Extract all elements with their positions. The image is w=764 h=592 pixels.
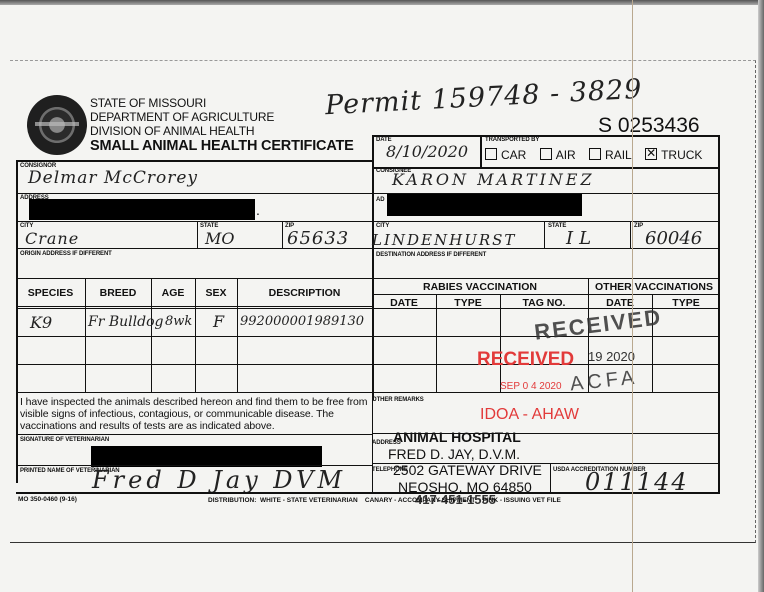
destination-address-label: DESTINATION ADDRESS IF DIFFERENT — [376, 252, 486, 258]
vet-stamp-line2: FRED D. JAY, D.V.M. — [388, 446, 520, 462]
transport-label: TRANSPORTED BY — [485, 137, 539, 143]
scan-edge-top — [0, 0, 764, 5]
rule — [544, 221, 545, 248]
address-tail: . — [256, 202, 260, 218]
checkbox-truck[interactable] — [645, 148, 657, 160]
received-stamp-red: RECEIVED — [477, 349, 574, 371]
rule — [372, 135, 720, 137]
sep-date-stamp: SEP 0 4 2020 — [500, 381, 562, 392]
vet-stamp-line1: ANIMAL HOSPITAL — [393, 429, 521, 445]
consignee-zip[interactable]: 60046 — [645, 228, 702, 249]
distribution-line: DISTRIBUTION: WHITE - STATE VETERINARIAN… — [208, 497, 561, 504]
rule — [550, 463, 551, 492]
row1-description[interactable]: 992000001989130 — [240, 314, 364, 329]
idoa-stamp: IDOA - AHAW — [480, 406, 579, 424]
consignee-state[interactable]: IL — [566, 228, 597, 249]
signature-label: SIGNATURE OF VETERINARIAN — [20, 437, 109, 443]
rule — [16, 306, 372, 307]
row1-breed[interactable]: Fr Bulldog — [88, 314, 163, 330]
received-stamp-date: 19 2020 — [588, 349, 635, 364]
scan-edge-right — [758, 0, 764, 592]
transport-rail[interactable]: RAIL — [589, 148, 632, 162]
consignee-city-label: CITY — [376, 223, 389, 229]
distribution-white: WHITE - STATE VETERINARIAN — [260, 497, 358, 504]
col-rabies-tag: TAG NO. — [500, 297, 588, 309]
rabies-vaccination-header: RABIES VACCINATION — [372, 281, 588, 293]
transport-air[interactable]: AIR — [540, 148, 576, 162]
rule — [16, 248, 372, 249]
consignee-name[interactable]: KARON MARTINEZ — [392, 170, 595, 189]
consignor-name[interactable]: Delmar McCrorey — [28, 168, 198, 188]
row1-species[interactable]: K9 — [30, 313, 52, 332]
accreditation-number[interactable]: 011144 — [585, 468, 689, 496]
printed-name[interactable]: Fred D Jay DVM — [92, 466, 346, 494]
col-other-type: TYPE — [652, 297, 720, 309]
col-sex: SEX — [195, 287, 237, 299]
vet-stamp-line3: 2502 GATEWAY DRIVE — [393, 462, 542, 478]
date-value[interactable]: 8/10/2020 — [386, 142, 468, 161]
rule — [16, 336, 720, 337]
checkbox-car[interactable] — [485, 148, 497, 160]
form-number: MO 350-0460 (9-16) — [18, 496, 77, 503]
rule — [282, 221, 283, 248]
col-breed: BREED — [85, 287, 151, 299]
rule — [630, 221, 631, 248]
transport-options: CAR AIR RAIL TRUCK — [485, 148, 702, 162]
col-rabies-type: TYPE — [436, 297, 500, 309]
col-age: AGE — [151, 287, 195, 299]
rule — [718, 135, 720, 395]
transport-car[interactable]: CAR — [485, 148, 526, 162]
col-rabies-date: DATE — [372, 297, 436, 309]
rule — [16, 160, 372, 162]
distribution-pink: PINK - ISSUING VET FILE — [483, 497, 561, 504]
consignee-city[interactable]: LINDENHURST — [372, 231, 516, 249]
rule — [16, 364, 720, 365]
rule — [16, 434, 372, 435]
col-description: DESCRIPTION — [237, 287, 372, 299]
consignee-state-label: STATE — [548, 223, 566, 229]
other-vaccinations-header: OTHER VACCINATIONS — [588, 281, 720, 293]
rule — [718, 395, 720, 493]
form-title: SMALL ANIMAL HEALTH CERTIFICATE — [90, 139, 354, 153]
rule — [372, 294, 720, 295]
rule — [480, 135, 482, 167]
transport-truck[interactable]: TRUCK — [645, 148, 702, 162]
distribution-label: DISTRIBUTION: — [208, 497, 256, 504]
consignor-state[interactable]: MO — [205, 229, 235, 248]
redacted-consignor-address — [29, 199, 255, 220]
other-remarks-label: OTHER REMARKS — [372, 397, 424, 403]
col-species: SPECIES — [16, 287, 85, 299]
rule — [16, 193, 372, 194]
consignor-zip[interactable]: 65633 — [287, 228, 349, 249]
distribution-canary: CANARY - ACCOMPANY SHIPMENT — [365, 497, 475, 504]
rule — [372, 167, 720, 169]
checkbox-rail[interactable] — [589, 148, 601, 160]
rule — [372, 392, 373, 493]
row1-age[interactable]: 8wk — [165, 314, 192, 329]
consignee-address-label: AD — [376, 197, 384, 203]
origin-address-label: ORIGIN ADDRESS IF DIFFERENT — [20, 251, 112, 257]
agency-line-2: DEPARTMENT OF AGRICULTURE — [90, 110, 274, 124]
rule — [16, 221, 372, 222]
consignee-zip-label: ZIP — [634, 223, 643, 229]
checkbox-air[interactable] — [540, 148, 552, 160]
state-seal-icon — [27, 95, 87, 155]
rule — [16, 278, 720, 279]
redacted-signature — [91, 446, 322, 467]
rule — [372, 248, 720, 249]
rule — [16, 392, 720, 393]
rule — [372, 221, 720, 222]
paper-fold-line — [632, 0, 633, 592]
rule — [372, 135, 374, 400]
rule — [197, 221, 198, 248]
row1-sex[interactable]: F — [213, 312, 224, 331]
consignor-city[interactable]: Crane — [25, 229, 79, 248]
redacted-consignee-address — [387, 194, 582, 216]
agency-line-1: STATE OF MISSOURI — [90, 96, 206, 110]
certification-statement: I have inspected the animals described h… — [20, 396, 370, 432]
agency-line-3: DIVISION OF ANIMAL HEALTH — [90, 124, 254, 138]
